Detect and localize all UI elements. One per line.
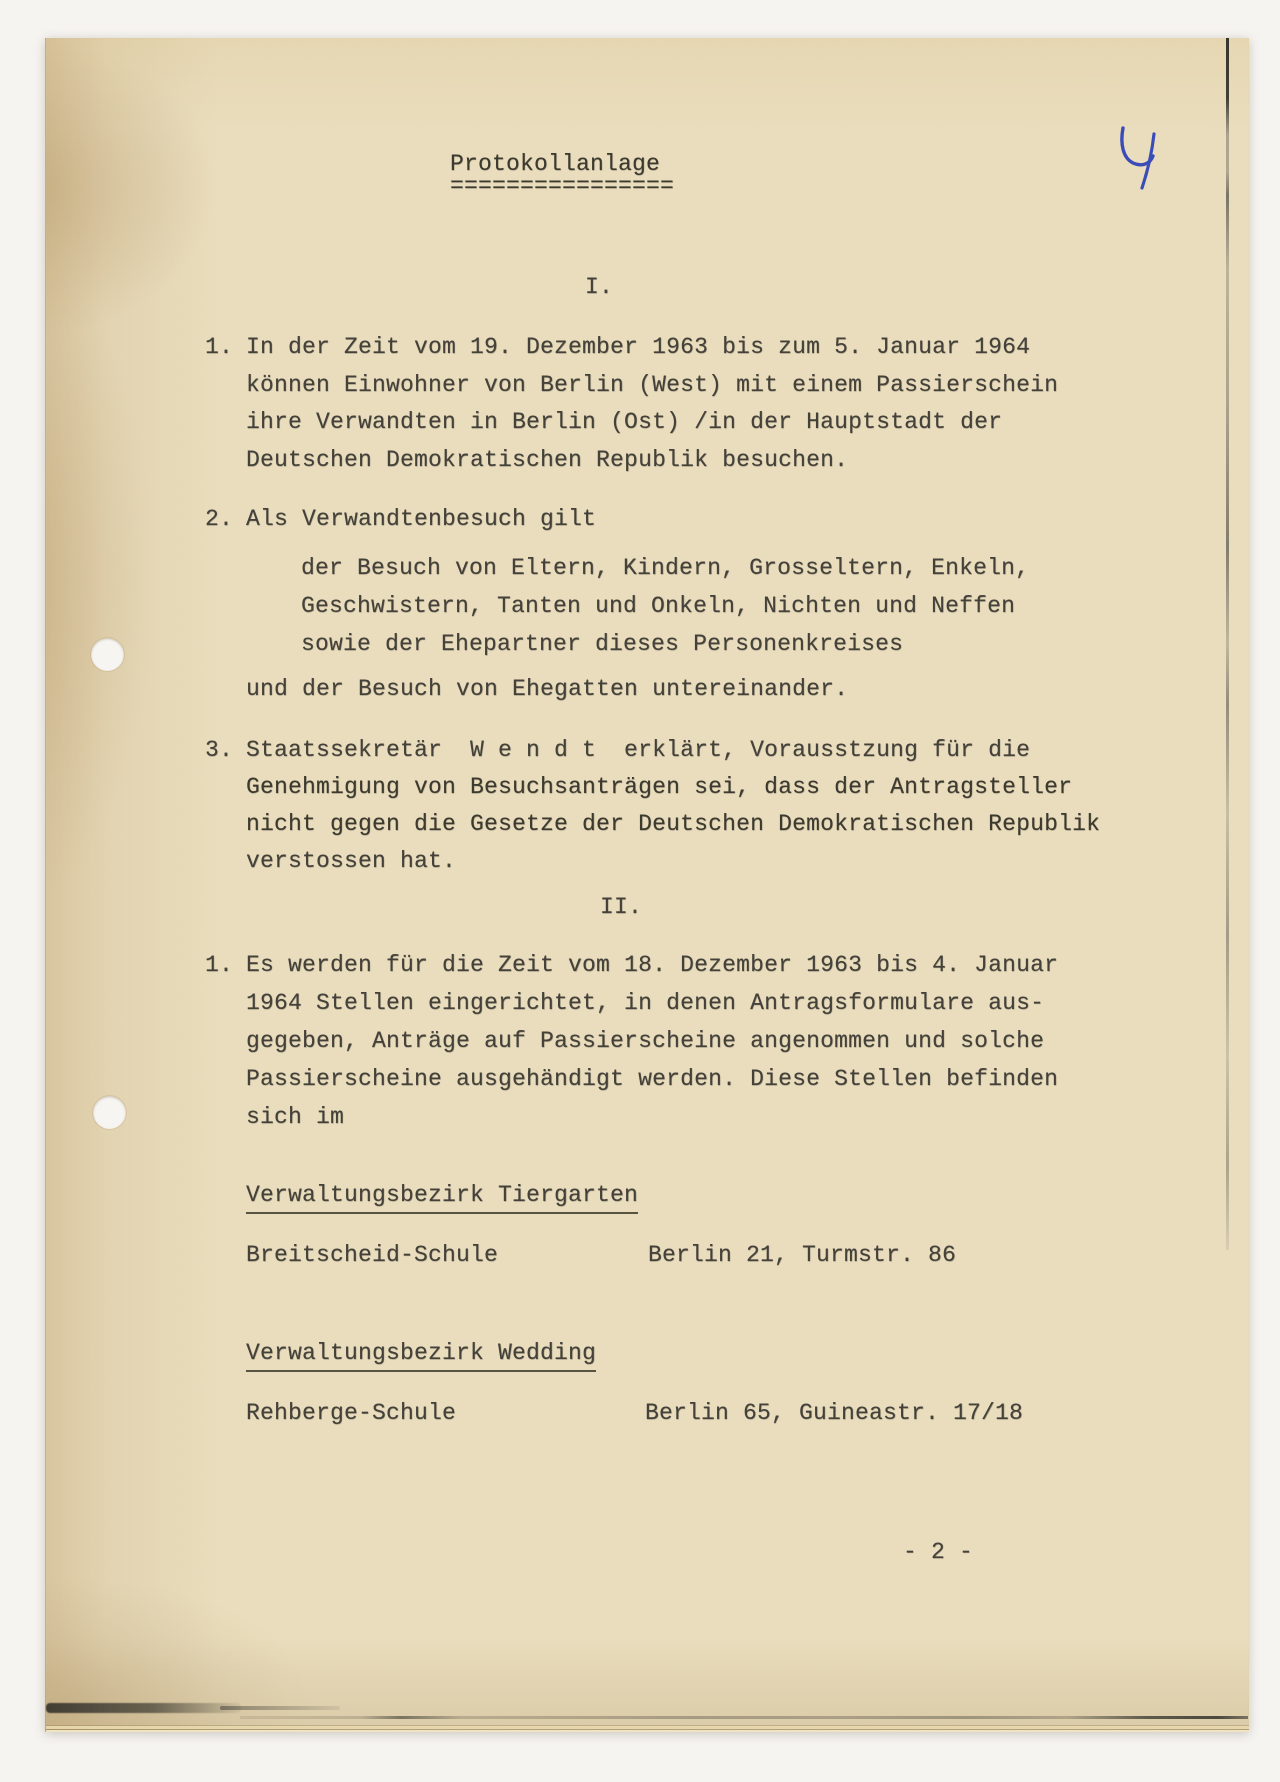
item-2-number: 2. [205,505,233,533]
item-3-line: nicht gegen die Gesetze der Deutschen De… [246,810,1100,838]
section-2-heading: II. [600,893,642,921]
scan-smudge-bottom-left-fade [220,1706,340,1710]
section2-item-1-number: 1. [205,951,233,979]
handwritten-page-number [1112,122,1162,202]
scanned-document-page: Protokollanlage ================ I. 1. I… [0,0,1280,1782]
item-2-line: und der Besuch von Ehegatten untereinand… [246,675,848,703]
district-address-tiergarten: Berlin 21, Turmstr. 86 [648,1241,956,1269]
item-1-number: 1. [205,333,233,361]
section2-item-1-line: gegeben, Anträge auf Passierscheine ange… [246,1027,1044,1055]
section2-item-1-line: sich im [246,1103,344,1131]
section2-item-1-line: 1964 Stellen eingerichtet, in denen Antr… [246,989,1044,1017]
paper-sheet [45,38,1249,1732]
item-2-line: Als Verwandtenbesuch gilt [246,505,596,533]
item-3-number: 3. [205,736,233,764]
item-2-subline: Geschwistern, Tanten und Onkeln, Nichten… [301,592,1015,620]
item-1-line: Deutschen Demokratischen Republik besuch… [246,446,848,474]
section2-item-1-line: Passierscheine ausgehändigt werden. Dies… [246,1065,1058,1093]
scan-smudge-bottom-left [46,1703,241,1713]
item-3-line: verstossen hat. [246,847,456,875]
document-title-underline: ================ [450,172,674,200]
item-1-line: In der Zeit vom 19. Dezember 1963 bis zu… [246,333,1030,361]
punch-hole-top [91,638,124,671]
district-heading-tiergarten: Verwaltungsbezirk Tiergarten [246,1181,638,1214]
section-1-heading: I. [585,273,613,301]
item-3-line: Genehmigung von Besuchsanträgen sei, das… [246,773,1072,801]
district-school-wedding: Rehberge-Schule [246,1399,456,1427]
item-1-line: können Einwohner von Berlin (West) mit e… [246,371,1058,399]
paper-bottom-edge [46,1725,1249,1732]
scan-smudge-bottom-line [240,1716,1248,1719]
item-2-subline: sowie der Ehepartner dieses Personenkrei… [301,630,903,658]
district-address-wedding: Berlin 65, Guineastr. 17/18 [645,1399,1023,1427]
district-heading-wedding: Verwaltungsbezirk Wedding [246,1339,596,1372]
punch-hole-bottom [93,1096,126,1129]
page-number: - 2 - [903,1538,973,1566]
section2-item-1-line: Es werden für die Zeit vom 18. Dezember … [246,951,1058,979]
district-school-tiergarten: Breitscheid-Schule [246,1241,498,1269]
item-2-subline: der Besuch von Eltern, Kindern, Grosselt… [301,554,1029,582]
scan-edge-line [1226,38,1229,1250]
item-3-line: Staatssekretär W e n d t erklärt, Voraus… [246,736,1030,764]
item-1-line: ihre Verwandten in Berlin (Ost) /in der … [246,408,1002,436]
